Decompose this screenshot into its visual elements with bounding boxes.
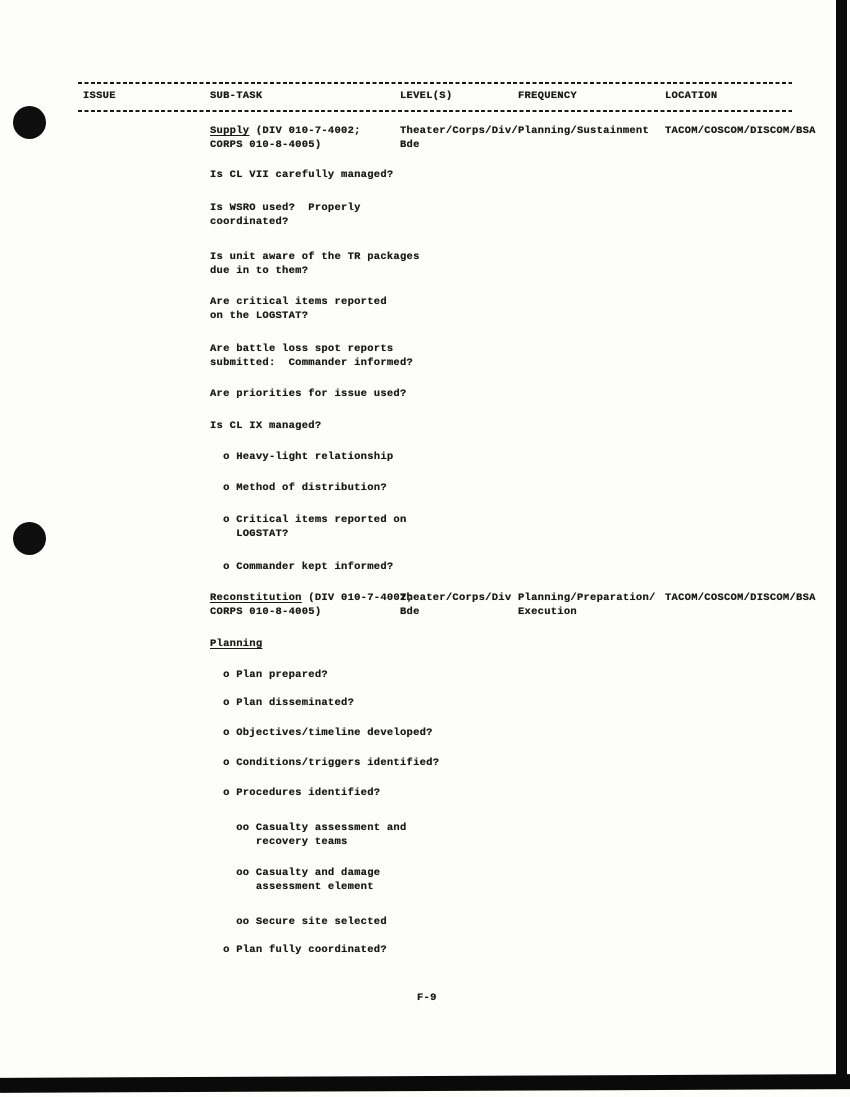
- table-cell-sub: Is WSRO used? Properlycoordinated?: [210, 201, 361, 229]
- table-cell-sub: o Procedures identified?: [210, 786, 380, 800]
- table-cell-sub: o Plan fully coordinated?: [210, 943, 387, 957]
- table-cell-sub: o Critical items reported on LOGSTAT?: [210, 513, 407, 541]
- text-line: Are battle loss spot reports: [210, 342, 413, 356]
- table-cell-sub: o Plan disseminated?: [210, 696, 354, 710]
- table-cell-lvl: Theater/Corps/DivBde: [400, 591, 511, 619]
- text-line: Is WSRO used? Properly: [210, 201, 361, 215]
- page-number: F-9: [417, 991, 437, 1005]
- text-line: oo Casualty and damage: [210, 866, 380, 880]
- table-cell-sub: oo Secure site selected: [210, 915, 387, 929]
- text-line: submitted: Commander informed?: [210, 356, 413, 370]
- table-cell-loc: TACOM/COSCOM/DISCOM/BSA: [665, 124, 816, 138]
- scanned-document-page: ISSUE SUB-TASK LEVEL(S) FREQUENCY LOCATI…: [0, 0, 850, 1097]
- table-cell-sub: o Method of distribution?: [210, 481, 387, 495]
- table-cell-sub: o Plan prepared?: [210, 668, 328, 682]
- text-line: o Plan disseminated?: [210, 696, 354, 710]
- text-line: Is CL VII carefully managed?: [210, 168, 393, 182]
- table-body: Supply (DIV 010-7-4002;CORPS 010-8-4005)…: [0, 0, 850, 1097]
- text-line: o Heavy-light relationship: [210, 450, 393, 464]
- table-cell-freq: Planning/Sustainment: [518, 124, 649, 138]
- text-line: Bde: [400, 138, 518, 152]
- text-line: on the LOGSTAT?: [210, 309, 387, 323]
- text-line: Supply (DIV 010-7-4002;: [210, 124, 361, 138]
- text-line: TACOM/COSCOM/DISCOM/BSA: [665, 591, 816, 605]
- table-cell-sub: oo Casualty assessment and recovery team…: [210, 821, 407, 849]
- table-cell-sub: o Commander kept informed?: [210, 560, 393, 574]
- text-line: Is unit aware of the TR packages: [210, 250, 420, 264]
- text-line: Planning/Sustainment: [518, 124, 649, 138]
- text-line: o Method of distribution?: [210, 481, 387, 495]
- table-cell-loc: TACOM/COSCOM/DISCOM/BSA: [665, 591, 816, 605]
- underlined-heading: Supply: [210, 125, 249, 137]
- text-line: Reconstitution (DIV 010-7-4002;: [210, 591, 413, 605]
- text-line: CORPS 010-8-4005): [210, 138, 361, 152]
- text-line: TACOM/COSCOM/DISCOM/BSA: [665, 124, 816, 138]
- text-line: LOGSTAT?: [210, 527, 407, 541]
- text-line: CORPS 010-8-4005): [210, 605, 413, 619]
- table-cell-sub: Are critical items reportedon the LOGSTA…: [210, 295, 387, 323]
- table-cell-sub: Is unit aware of the TR packagesdue in t…: [210, 250, 420, 278]
- table-cell-sub: oo Casualty and damage assessment elemen…: [210, 866, 380, 894]
- text-line: o Procedures identified?: [210, 786, 380, 800]
- table-cell-sub: o Objectives/timeline developed?: [210, 726, 433, 740]
- table-cell-sub: Is CL IX managed?: [210, 419, 321, 433]
- text-line: Are priorities for issue used?: [210, 387, 407, 401]
- text-line: oo Casualty assessment and: [210, 821, 407, 835]
- text-line: coordinated?: [210, 215, 361, 229]
- text-line: Bde: [400, 605, 511, 619]
- text-line: oo Secure site selected: [210, 915, 387, 929]
- text-line: o Commander kept informed?: [210, 560, 393, 574]
- text-line: Planning/Preparation/: [518, 591, 656, 605]
- text-line: Planning: [210, 637, 262, 651]
- table-cell-sub: o Conditions/triggers identified?: [210, 756, 439, 770]
- text-line: Execution: [518, 605, 656, 619]
- text-line: recovery teams: [210, 835, 407, 849]
- text-line: o Plan fully coordinated?: [210, 943, 387, 957]
- text-line: due in to them?: [210, 264, 420, 278]
- text-line: Theater/Corps/Div/: [400, 124, 518, 138]
- table-cell-sub: Planning: [210, 637, 262, 651]
- text-line: o Conditions/triggers identified?: [210, 756, 439, 770]
- table-cell-freq: Planning/Preparation/Execution: [518, 591, 656, 619]
- text-line: o Objectives/timeline developed?: [210, 726, 433, 740]
- table-cell-sub: Reconstitution (DIV 010-7-4002;CORPS 010…: [210, 591, 413, 619]
- text-line: Are critical items reported: [210, 295, 387, 309]
- text-line: Is CL IX managed?: [210, 419, 321, 433]
- table-cell-sub: Are priorities for issue used?: [210, 387, 407, 401]
- table-cell-sub: Are battle loss spot reportssubmitted: C…: [210, 342, 413, 370]
- table-cell-sub: Is CL VII carefully managed?: [210, 168, 393, 182]
- table-cell-lvl: Theater/Corps/Div/Bde: [400, 124, 518, 152]
- text-line: Theater/Corps/Div: [400, 591, 511, 605]
- underlined-heading: Reconstitution: [210, 592, 302, 604]
- text-line: assessment element: [210, 880, 380, 894]
- underlined-heading: Planning: [210, 638, 262, 650]
- text-line: o Critical items reported on: [210, 513, 407, 527]
- table-cell-sub: o Heavy-light relationship: [210, 450, 393, 464]
- table-cell-sub: Supply (DIV 010-7-4002;CORPS 010-8-4005): [210, 124, 361, 152]
- text-line: o Plan prepared?: [210, 668, 328, 682]
